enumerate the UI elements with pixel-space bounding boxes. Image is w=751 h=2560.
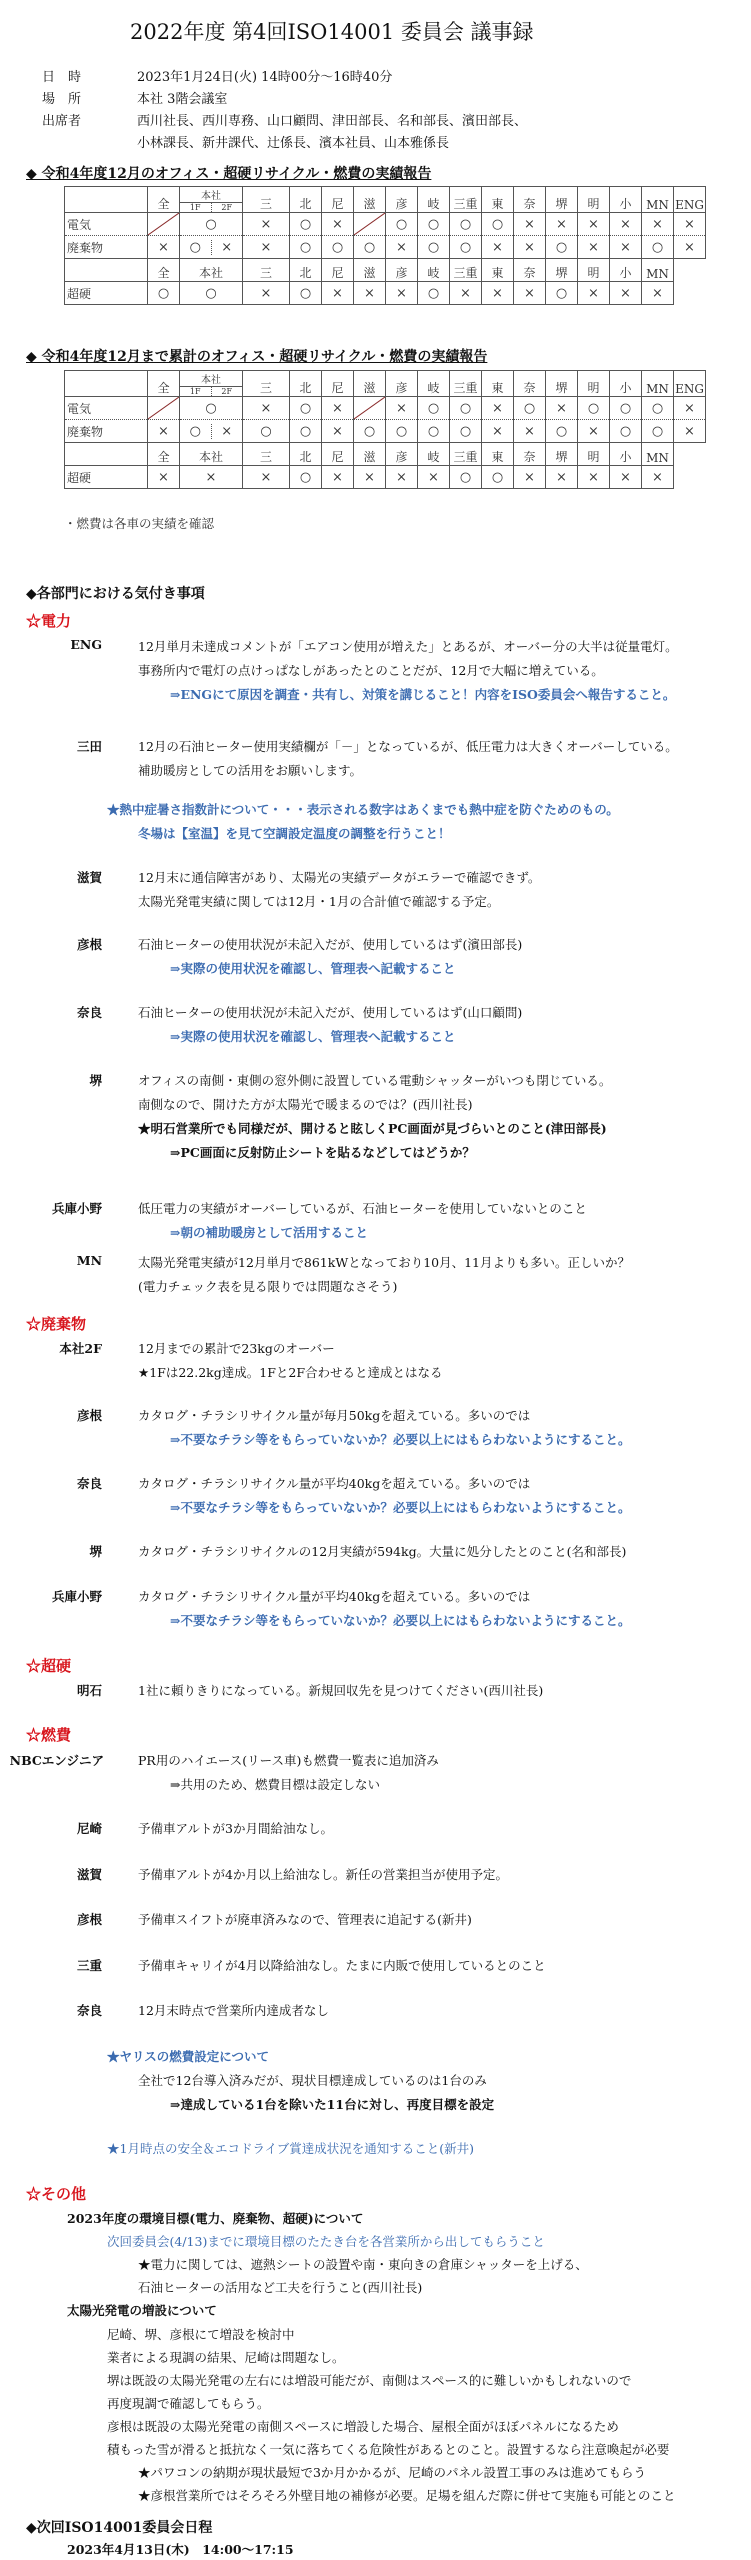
col-header: 彦 [386, 259, 418, 282]
note-heatstroke: ★熱中症暑さ指数計について・・・表示される数字はあくまでも熱中症を防ぐためのもの… [107, 800, 619, 818]
dept-shiga: 滋賀 [12, 1865, 102, 1883]
result-cell: × [148, 420, 180, 443]
dept-hikone: 彦根 [12, 935, 102, 953]
result-cell: × [322, 397, 354, 420]
row-label-electric: 電気 [65, 397, 148, 420]
row-label-electric: 電気 [65, 213, 148, 236]
result-cell: ○ [610, 420, 642, 443]
result-cell: × [674, 236, 706, 259]
result-cell: × [243, 466, 290, 489]
result-cell: ○ [546, 420, 578, 443]
finding-line: 石油ヒーターの使用状況が未記入だが、使用しているはず(濱田部長) [138, 935, 522, 953]
result-cell: ○ [290, 213, 322, 236]
action-item: ⇒共用のため、燃費目標は設定しない [170, 1775, 380, 1793]
dept-shiga: 滋賀 [12, 868, 102, 886]
findings-heading: ◆各部門における気付き事項 [26, 583, 205, 603]
meta-label-datetime: 日 時 [42, 66, 81, 85]
goal-heading: 2023年度の環境目標(電力、廃棄物、超硬)について [67, 2209, 363, 2227]
col-header: MN [642, 371, 674, 397]
result-cell: × [610, 213, 642, 236]
col-header: 滋 [354, 443, 386, 466]
solar-star-line: ★パワコンの納期が現状最短で3か月かかるが、尼崎のパネル設置工事のみは進めてもら… [138, 2463, 646, 2481]
result-cell: × [386, 236, 418, 259]
category-fuel: ☆燃費 [26, 1724, 71, 1745]
row-label-waste: 廃棄物 [65, 420, 148, 443]
results-grid: 全本社1F2F三北尼滋彦岐三重東奈堺明小MNENG電気○×○×○○○○×××××… [64, 186, 706, 305]
action-item: ⇒不要なチラシ等をもらっていないか？必要以上にはもらわないようにすること。 [170, 1430, 630, 1448]
result-cell: ○ [642, 236, 674, 259]
result-cell: × [514, 213, 546, 236]
finding-line: 12月までの累計で23kgのオーバー [138, 1339, 335, 1357]
result-cell: × [482, 397, 514, 420]
finding-line-star: ★明石営業所でも同様だが、開けると眩しくPC画面が見づらいとのこと(津田部長) [138, 1119, 607, 1137]
dept-ono: 兵庫小野 [12, 1587, 102, 1605]
result-cell: × [322, 282, 354, 305]
result-cell: × [546, 397, 578, 420]
result-cell: ○ [180, 213, 243, 236]
result-cell: ○ [243, 420, 290, 443]
na-cell [148, 397, 180, 420]
result-cell: × [148, 466, 180, 489]
finding-line: 補助暖房としての活用をお願いします。 [138, 761, 362, 779]
col-header: MN [642, 187, 674, 213]
result-cell: ○ [386, 420, 418, 443]
result-cell: ○ [148, 282, 180, 305]
result-cell: ○ [546, 236, 578, 259]
col-header: 尼 [322, 443, 354, 466]
row-label-carbide: 超硬 [65, 282, 148, 305]
result-cell-honsha: ○× [180, 420, 243, 443]
dept-mn: MN [12, 1253, 102, 1268]
col-header: ENG [674, 187, 706, 213]
note-heatstroke-2: 冬場は【室温】を見て空調設定温度の調整を行うこと！ [138, 824, 451, 842]
col-header: 小 [610, 371, 642, 397]
dept-eng: ENG [12, 637, 102, 652]
col-header: 三重 [450, 187, 482, 213]
col-header: 小 [610, 259, 642, 282]
col-header: MN [642, 259, 674, 282]
result-cell: × [514, 236, 546, 259]
result-cell: ○ [482, 466, 514, 489]
finding-line: 全社で12台導入済みだが、現状目標達成しているのは1台のみ [138, 2071, 487, 2089]
dept-nara: 奈良 [12, 1474, 102, 1492]
solar-line: 再度現調で確認してもらう。 [107, 2394, 270, 2412]
action-item: ⇒ENGにて原因を調査・共有し、対策を講じること！内容をISO委員会へ報告するこ… [170, 685, 675, 703]
dept-sakai: 堺 [12, 1071, 102, 1089]
dept-mie: 三重 [12, 1956, 102, 1974]
col-header: 本社 [180, 259, 243, 282]
col-header: 堺 [546, 187, 578, 213]
finding-line: カタログ・チラシリサイクル量が平均40kgを超えている。多いのでは [138, 1474, 530, 1492]
finding-line: 12月末に通信障害があり、太陽光の実績データがエラーで確認できず。 [138, 868, 540, 886]
yaris-heading: ★ヤリスの燃費設定について [107, 2047, 269, 2065]
result-cell: ○ [290, 236, 322, 259]
solar-line: 業者による現調の結果、尼崎は問題なし。 [107, 2348, 345, 2366]
col-header: 堺 [546, 443, 578, 466]
dept-nara: 奈良 [12, 2001, 102, 2019]
dept-honsha-2f: 本社2F [12, 1339, 102, 1357]
finding-line: オフィスの南側・東側の窓外側に設置している電動シャッターがいつも閉じている。 [138, 1071, 611, 1089]
result-cell: ○ [290, 420, 322, 443]
goal-line: 次回委員会(4/13)までに環境目標のたたき台を各営業所から出してもらうこと [107, 2232, 545, 2250]
col-header: ENG [674, 371, 706, 397]
meta-value-attendees-2: 小林課長、新井課代、辻係長、濱本社員、山本雅係長 [137, 132, 449, 151]
col-header: 北 [290, 259, 322, 282]
result-cell: × [642, 213, 674, 236]
result-cell: × [674, 213, 706, 236]
result-cell: ○ [386, 213, 418, 236]
result-cell: × [674, 420, 706, 443]
action-item: ⇒達成している1台を除いた11台に対し、再度目標を設定 [170, 2095, 494, 2113]
col-header: 尼 [322, 259, 354, 282]
meta-value-attendees: 西川社長、西川専務、山口顧問、津田部長、名和部長、濱田部長、 [137, 110, 527, 129]
action-item: ⇒朝の補助暖房として活用すること [170, 1223, 368, 1241]
finding-line: 低圧電力の実績がオーバーしているが、石油ヒーターを使用していないとのこと [138, 1199, 587, 1217]
solar-star-line: ★彦根営業所ではそろそろ外壁目地の補修が必要。足場を組んだ際に併せて実施も可能と… [138, 2486, 676, 2504]
result-cell: × [322, 420, 354, 443]
result-cell: ○ [418, 420, 450, 443]
col-header: 小 [610, 443, 642, 466]
result-cell: ○ [180, 282, 243, 305]
dept-hikone: 彦根 [12, 1910, 102, 1928]
eco-drive-notice: ★1月時点の安全＆エコドライブ賞達成状況を通知すること(新井) [107, 2139, 474, 2157]
col-header: 明 [578, 371, 610, 397]
result-cell: ○ [418, 236, 450, 259]
col-header: 三重 [450, 259, 482, 282]
results-grid: 全本社1F2F三北尼滋彦岐三重東奈堺明小MNENG電気○×○××○○×○×○○○… [64, 370, 706, 489]
col-header: 奈 [514, 371, 546, 397]
col-header: 東 [482, 187, 514, 213]
col-header: 彦 [386, 371, 418, 397]
action-item: ⇒PC画面に反射防止シートを貼るなどしてはどうか？ [170, 1143, 475, 1161]
finding-line: 南側なので、開けた方が太陽光で暖まるのでは？(西川社長) [138, 1095, 473, 1113]
result-cell: ○ [322, 236, 354, 259]
result-cell: × [180, 466, 243, 489]
col-header: 岐 [418, 371, 450, 397]
finding-line: 1社に頼りきりになっている。新規回収先を見つけてください(西川社長) [138, 1681, 543, 1699]
category-electric: ☆電力 [26, 610, 71, 631]
result-cell: × [514, 420, 546, 443]
col-header: 滋 [354, 259, 386, 282]
category-carbide: ☆超硬 [26, 1655, 71, 1676]
dept-sakai: 堺 [12, 1542, 102, 1560]
result-cell: × [322, 213, 354, 236]
meta-value-place: 本社 3階会議室 [137, 88, 227, 107]
result-cell: × [386, 466, 418, 489]
solar-heading: 太陽光発電の増設について [67, 2301, 217, 2319]
result-cell: ○ [514, 397, 546, 420]
result-cell: × [610, 236, 642, 259]
action-item: ⇒不要なチラシ等をもらっていないか？必要以上にはもらわないようにすること。 [170, 1611, 630, 1629]
result-cell: ○ [578, 397, 610, 420]
action-item: ⇒実際の使用状況を確認し、管理表へ記載すること [170, 1027, 455, 1045]
result-cell: ○ [450, 420, 482, 443]
col-header: 彦 [386, 187, 418, 213]
result-cell: × [418, 466, 450, 489]
result-cell: × [610, 466, 642, 489]
col-header: 東 [482, 371, 514, 397]
col-header: 北 [290, 443, 322, 466]
col-header: 全 [148, 443, 180, 466]
dept-ono: 兵庫小野 [12, 1199, 102, 1217]
finding-line: (電力チェック表を見る限りでは問題なさそう) [138, 1277, 397, 1295]
result-cell: × [354, 466, 386, 489]
result-cell: ○ [450, 236, 482, 259]
col-header: 小 [610, 187, 642, 213]
result-cell: × [482, 420, 514, 443]
table1-heading: ◆ 令和4年度12月のオフィス・超硬リサイクル・燃費の実績報告 [26, 163, 431, 183]
col-header: 三重 [450, 443, 482, 466]
result-cell: × [386, 397, 418, 420]
dept-nara: 奈良 [12, 1003, 102, 1021]
result-cell: ○ [642, 397, 674, 420]
col-header: 三 [243, 259, 290, 282]
result-cell: × [578, 420, 610, 443]
result-cell: ○ [418, 397, 450, 420]
finding-line: 12月の石油ヒーター使用実績欄が「－」となっているが、低圧電力は大きくオーバーし… [138, 737, 678, 755]
col-header: 三重 [450, 371, 482, 397]
result-cell: × [578, 213, 610, 236]
dept-akashi: 明石 [12, 1681, 102, 1699]
col-header: 彦 [386, 443, 418, 466]
col-header: 岐 [418, 187, 450, 213]
result-cell: ○ [610, 397, 642, 420]
result-cell: × [148, 236, 180, 259]
meta-label-attendees: 出席者 [42, 110, 81, 129]
finding-line: 予備車アルトが3か月間給油なし。 [138, 1819, 333, 1837]
result-cell: × [482, 282, 514, 305]
dept-hikone: 彦根 [12, 1406, 102, 1424]
col-header: 北 [290, 187, 322, 213]
result-cell: ○ [290, 397, 322, 420]
col-header: 奈 [514, 259, 546, 282]
finding-line: カタログ・チラシリサイクル量が平均40kgを超えている。多いのでは [138, 1587, 530, 1605]
solar-line: 積もった雪が滑ると抵抗なく一気に落ちてくる危険性があるとのこと。設置するなら注意… [107, 2440, 669, 2458]
finding-line: 予備車キャリイが4月以降給油なし。たまに内販で使用しているとのこと [138, 1956, 546, 1974]
result-cell: × [514, 466, 546, 489]
col-header: 明 [578, 259, 610, 282]
result-cell: × [674, 397, 706, 420]
col-header: 岐 [418, 443, 450, 466]
result-cell: × [546, 466, 578, 489]
finding-line: PR用のハイエース(リース車)も燃費一覧表に追加済み [138, 1751, 439, 1769]
dept-mita: 三田 [12, 737, 102, 755]
col-header: 明 [578, 187, 610, 213]
col-header: 全 [148, 259, 180, 282]
result-cell: ○ [418, 282, 450, 305]
meta-value-datetime: 2023年1月24日(火) 14時00分～16時40分 [137, 66, 392, 85]
col-header: 北 [290, 371, 322, 397]
goal-line: 石油ヒーターの活用など工夫を行うこと(西川社長) [138, 2278, 422, 2296]
result-cell: × [578, 236, 610, 259]
finding-line: 太陽光発電実績が12月単月で861kWとなっており10月、11月よりも多い。正し… [138, 1253, 630, 1271]
action-item: ⇒不要なチラシ等をもらっていないか？必要以上にはもらわないようにすること。 [170, 1498, 630, 1516]
col-header-honsha: 本社1F2F [180, 187, 243, 213]
finding-line: カタログ・チラシリサイクルの12月実績が594kg。大量に処分したとのこと(名和… [138, 1542, 626, 1560]
result-cell: ○ [450, 213, 482, 236]
result-cell: ○ [482, 213, 514, 236]
result-cell: ○ [450, 397, 482, 420]
meta-label-place: 場 所 [42, 88, 81, 107]
col-header: 奈 [514, 187, 546, 213]
action-item: ⇒実際の使用状況を確認し、管理表へ記載すること [170, 959, 455, 977]
col-header: 奈 [514, 443, 546, 466]
col-header: 東 [482, 443, 514, 466]
col-header: 三 [243, 187, 290, 213]
col-header: 堺 [546, 259, 578, 282]
na-cell [354, 213, 386, 236]
col-header: 岐 [418, 259, 450, 282]
col-header: 尼 [322, 371, 354, 397]
finding-line: 予備車スイフトが廃車済みなので、管理表に追記する(新井) [138, 1910, 472, 1928]
result-cell: × [546, 213, 578, 236]
finding-line: 太陽光発電実績に関しては12月・1月の合計値で確認する予定。 [138, 892, 499, 910]
col-header: 三 [243, 443, 290, 466]
category-waste: ☆廃棄物 [26, 1313, 86, 1334]
result-cell: ○ [180, 397, 243, 420]
result-cell-honsha: ○× [180, 236, 243, 259]
row-label-carbide: 超硬 [65, 466, 148, 489]
dept-nbc: NBCエンジニア [0, 1751, 104, 1769]
dept-amagasaki: 尼崎 [12, 1819, 102, 1837]
result-cell: × [578, 466, 610, 489]
finding-line: 12月末時点で営業所内達成者なし [138, 2001, 329, 2019]
col-header: 尼 [322, 187, 354, 213]
result-cell: × [243, 236, 290, 259]
result-cell: × [450, 282, 482, 305]
table2-heading: ◆ 令和4年度12月まで累計のオフィス・超硬リサイクル・燃費の実績報告 [26, 346, 487, 366]
col-header: 東 [482, 259, 514, 282]
col-header: 三 [243, 371, 290, 397]
solar-line: 尼崎、堺、彦根にて増設を検討中 [107, 2325, 295, 2343]
finding-line: 12月単月未達成コメントが「エアコン使用が増えた」とあるが、オーバー分の大半は従… [138, 637, 678, 655]
result-cell: × [243, 397, 290, 420]
row-label-waste: 廃棄物 [65, 236, 148, 259]
finding-line: 予備車アルトが4か月以上給油なし。新任の営業担当が使用予定。 [138, 1865, 508, 1883]
result-cell: × [642, 466, 674, 489]
solar-line: 堺は既設の太陽光発電の左右には増設可能だが、南側はスペース的に難しいかもしれない… [107, 2371, 631, 2389]
na-cell [148, 213, 180, 236]
col-header: 堺 [546, 371, 578, 397]
col-header: 滋 [354, 187, 386, 213]
result-cell: ○ [290, 282, 322, 305]
result-cell: × [322, 466, 354, 489]
finding-line: ★1Fは22.2kg達成。1Fと2F合わせると達成とはなる [138, 1363, 443, 1381]
col-header-honsha: 本社1F2F [180, 371, 243, 397]
col-header: 明 [578, 443, 610, 466]
result-cell: ○ [354, 236, 386, 259]
result-cell: ○ [354, 420, 386, 443]
category-other: ☆その他 [26, 2183, 86, 2204]
col-header: 全 [148, 187, 180, 213]
na-cell [354, 397, 386, 420]
next-meeting-heading: ◆次回ISO14001委員会日程 [26, 2517, 212, 2537]
col-header: 本社 [180, 443, 243, 466]
result-cell: × [243, 213, 290, 236]
next-meeting-date: 2023年4月13日(木) 14:00～17:15 [67, 2540, 294, 2558]
result-cell: × [243, 282, 290, 305]
finding-line: 石油ヒーターの使用状況が未記入だが、使用しているはず(山口顧問) [138, 1003, 522, 1021]
result-cell: × [514, 282, 546, 305]
result-cell: ○ [290, 466, 322, 489]
finding-line: 事務所内で電灯の点けっぱなしがあったとのことだが、12月で大幅に増えている。 [138, 661, 604, 679]
col-header: MN [642, 443, 674, 466]
finding-line: カタログ・チラシリサイクル量が毎月50kgを超えている。多いのでは [138, 1406, 530, 1424]
col-header: 滋 [354, 371, 386, 397]
result-cell: × [482, 236, 514, 259]
result-cell: ○ [418, 213, 450, 236]
result-cell: × [610, 282, 642, 305]
goal-line: ★電力に関しては、遮熱シートの設置や南・東向きの倉庫シャッターを上げる、 [138, 2255, 588, 2273]
result-cell: × [386, 282, 418, 305]
col-header: 全 [148, 371, 180, 397]
result-cell: × [578, 282, 610, 305]
result-cell: ○ [546, 282, 578, 305]
page-title: 2022年度 第4回ISO14001 委員会 議事録 [130, 16, 534, 46]
solar-line: 彦根は既設の太陽光発電の南側スペースに増設した場合、屋根全面がほぼパネルになるた… [107, 2417, 619, 2435]
result-cell: × [642, 282, 674, 305]
result-cell: × [354, 282, 386, 305]
fuel-note: ・燃費は各車の実績を確認 [64, 514, 214, 532]
result-cell: ○ [450, 466, 482, 489]
result-cell: ○ [642, 420, 674, 443]
